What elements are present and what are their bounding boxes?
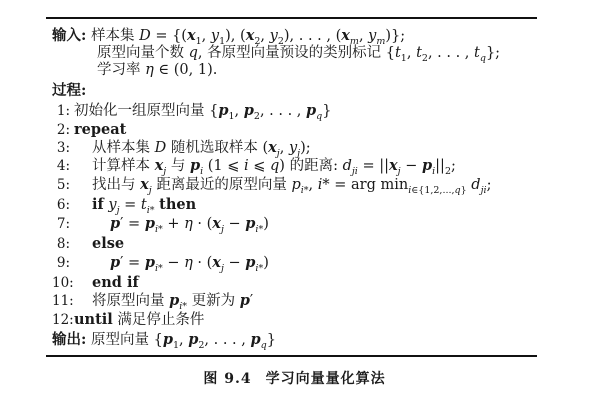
input-line-3: 学习率 η ∈ (0, 1). [97, 61, 217, 79]
step-4: 4:计算样本 xj 与 pi (1 ⩽ i ⩽ q) 的距离: dji = ||… [52, 157, 456, 175]
top-rule [46, 17, 537, 19]
process-label: 过程: [52, 82, 86, 100]
figure-title: 学习向量量化算法 [266, 371, 386, 387]
bottom-rule [46, 355, 537, 357]
step-7: 7:p′ = pi* + η · (xj − pi*) [52, 215, 269, 233]
input-line-2: 原型向量个数 q, 各原型向量预设的类别标记 {t1, t2, . . . , … [97, 44, 500, 62]
figure-number: 图 9.4 [203, 371, 251, 387]
step-9: 9:p′ = pi* − η · (xj − pi*) [52, 254, 269, 272]
step-8: 8:else [52, 235, 124, 253]
step-11: 11:将原型向量 pi* 更新为 p′ [52, 292, 253, 310]
output-line: 输出: 原型向量 {p1, p2, . . . , pq} [52, 331, 276, 349]
figure-caption: 图 9.4学习向量量化算法 [0, 368, 589, 388]
step-12: 12:until 满足停止条件 [52, 311, 204, 329]
step-2: 2:repeat [52, 121, 126, 139]
input-label: 输入: [52, 27, 86, 44]
input-line-1: 输入: 样本集 D = {(x1, y1), (x2, y2), . . . ,… [52, 27, 405, 45]
input-sample-set: 样本集 D = {(x1, y1), (x2, y2), . . . , (xm… [91, 28, 405, 44]
step-1: 1:初始化一组原型向量 {p1, p2, . . . , pq} [52, 102, 332, 120]
step-6: 6:if yj = ti* then [52, 196, 196, 214]
output-label: 输出: [52, 331, 86, 348]
step-10: 10:end if [52, 274, 139, 292]
step-3: 3:从样本集 D 随机选取样本 (xj, yj); [52, 139, 311, 157]
step-5: 5:找出与 xj 距离最近的原型向量 pi*, i* = arg mini∈{1… [52, 176, 491, 194]
